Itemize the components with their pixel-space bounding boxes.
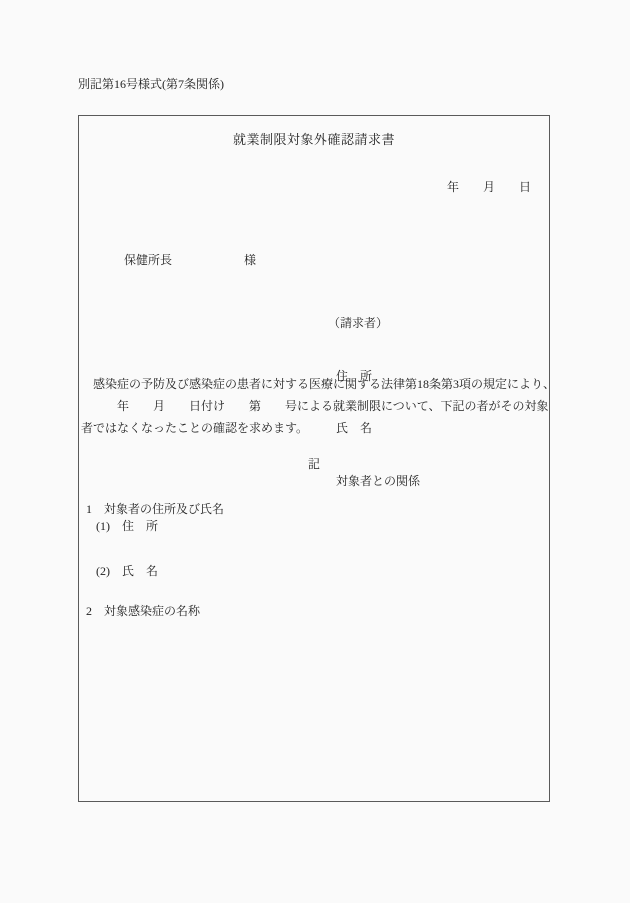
body-paragraph-line-2: 年 月 日付け 第 号による就業制限について、下記の者がその対象: [81, 399, 547, 414]
record-marker: 記: [79, 457, 549, 472]
body-paragraph-line-1: 感染症の予防及び感染症の患者に対する医療に関する法律第18条第3項の規定により、: [81, 377, 547, 392]
item-1-sub-name-label: (2) 氏 名: [96, 564, 158, 579]
item-1-label: 1 対象者の住所及び氏名: [86, 502, 224, 517]
requester-heading: （請求者）: [328, 315, 420, 333]
requester-relation-label: 対象者との関係: [336, 473, 420, 491]
item-1-sub-address-label: (1) 住 所: [96, 519, 158, 534]
addressee-line: 保健所長様: [106, 238, 256, 283]
form-box: 就業制限対象外確認請求書 年 月 日 保健所長様 （請求者） 住 所 氏 名 対…: [78, 115, 550, 802]
body-paragraph-line-3: 者ではなくなったことの確認を求めます。: [81, 421, 547, 436]
date-line: 年 月 日: [447, 180, 531, 195]
document-page: 別記第16号様式(第7条関係) 就業制限対象外確認請求書 年 月 日 保健所長様…: [0, 0, 630, 903]
honorific-label: 様: [244, 253, 256, 267]
form-title: 就業制限対象外確認請求書: [79, 132, 549, 148]
addressee-label: 保健所長: [124, 253, 172, 267]
form-style-note: 別記第16号様式(第7条関係): [78, 77, 224, 92]
item-2-label: 2 対象感染症の名称: [86, 604, 200, 619]
